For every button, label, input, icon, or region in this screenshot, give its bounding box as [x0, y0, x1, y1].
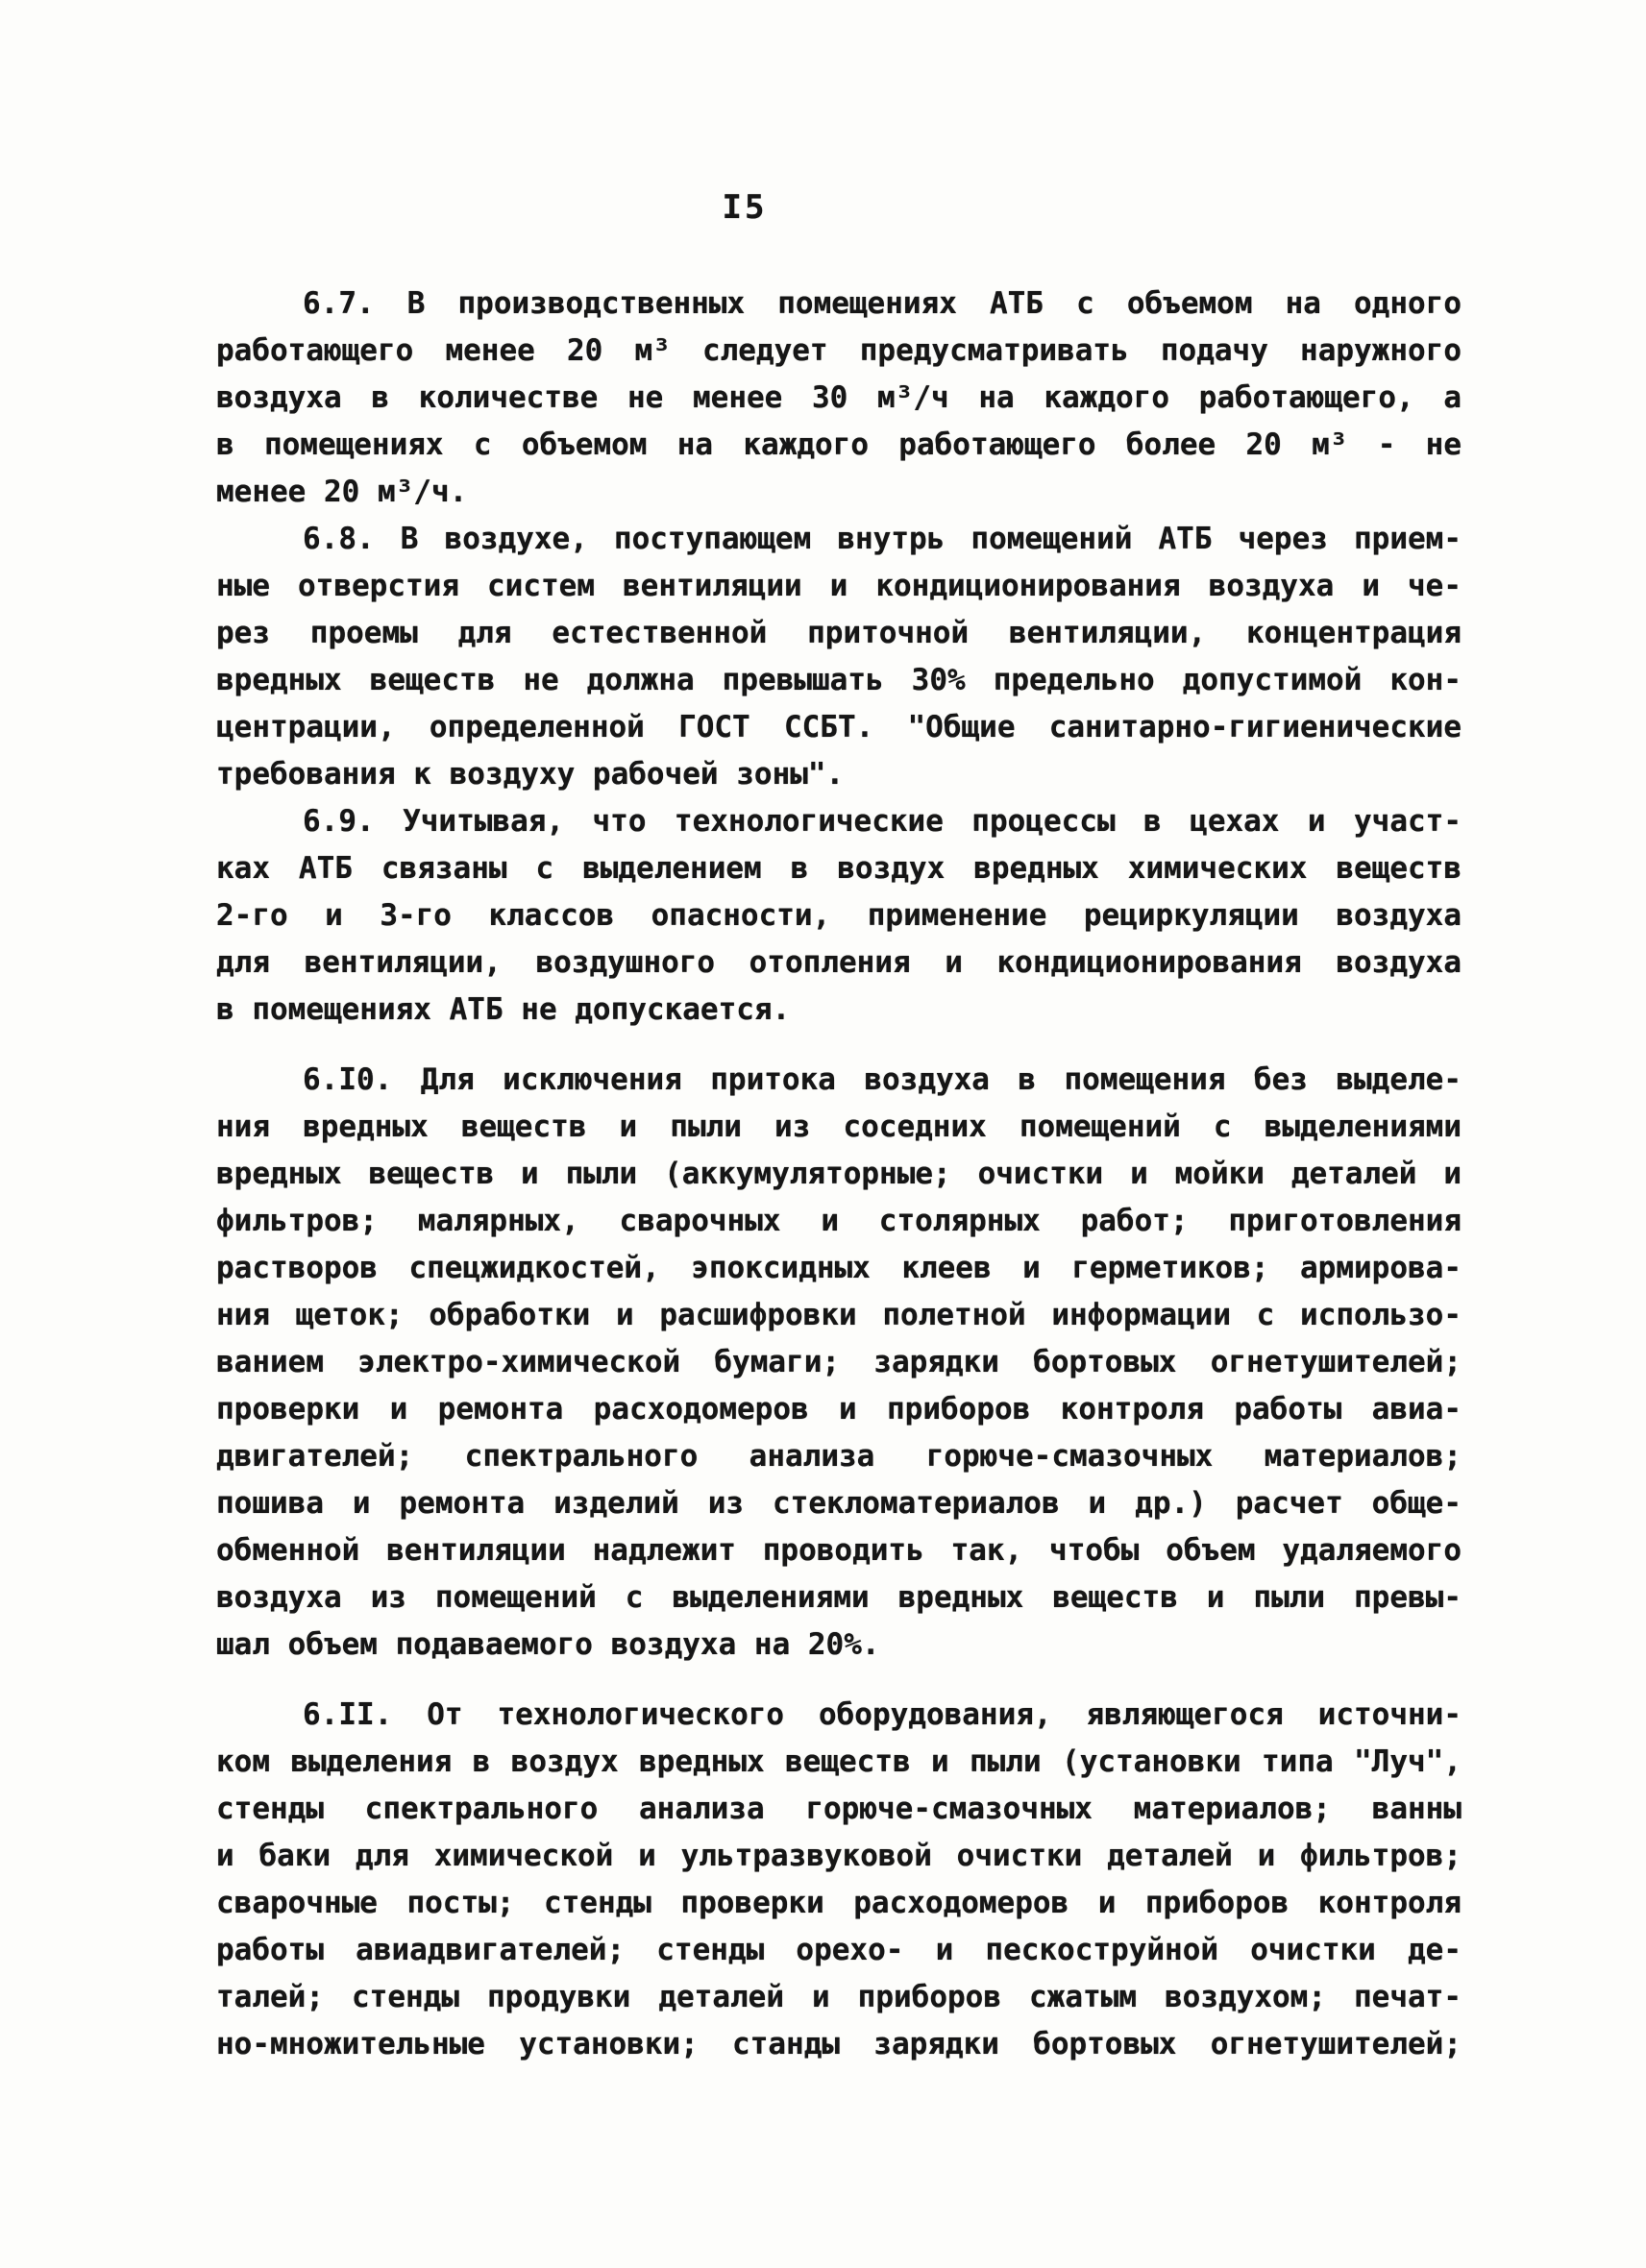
text-line: ния щеток; обработки и расшифровки полет… — [216, 1292, 1462, 1339]
text-line: в помещениях с объемом на каждого работа… — [216, 422, 1462, 469]
text-line: работы авиадвигателей; стенды орехо- и п… — [216, 1927, 1462, 1974]
paragraph-6-11: 6.II. От технологического оборудования, … — [216, 1692, 1462, 2068]
text-line: сварочные посты; стенды проверки расходо… — [216, 1880, 1462, 1927]
text-line: вредных веществ и пыли (аккумуляторные; … — [216, 1151, 1462, 1198]
text-line: фильтров; малярных, сварочных и столярны… — [216, 1198, 1462, 1245]
page-number: I5 — [0, 188, 1489, 227]
text-line: ках АТБ связаны с выделением в воздух вр… — [216, 845, 1462, 892]
text-line: воздуха из помещений с выделениями вредн… — [216, 1574, 1462, 1622]
text-line: ные отверстия систем вентиляции и кондиц… — [216, 563, 1462, 610]
text-line: пошива и ремонта изделий из стекломатери… — [216, 1480, 1462, 1527]
paragraph-6-9: 6.9. Учитывая, что технологические проце… — [216, 798, 1462, 1034]
text-line: 2-го и 3-го классов опасности, применени… — [216, 892, 1462, 939]
paragraph-6-8: 6.8. В воздухе, поступающем внутрь помещ… — [216, 516, 1462, 798]
text-line: вредных веществ не должна превышать 30% … — [216, 657, 1462, 704]
text-line: талей; стенды продувки деталей и приборо… — [216, 1974, 1462, 2021]
text-line: 6.7. В производственных помещениях АТБ с… — [216, 280, 1462, 328]
text-line: рез проемы для естественной приточной ве… — [216, 610, 1462, 657]
text-line: 6.II. От технологического оборудования, … — [216, 1692, 1462, 1739]
paragraph-6-10: 6.I0. Для исключения притока воздуха в п… — [216, 1057, 1462, 1669]
text-line: 6.8. В воздухе, поступающем внутрь помещ… — [216, 516, 1462, 563]
text-line: работающего менее 20 м³ следует предусма… — [216, 328, 1462, 375]
text-line: проверки и ремонта расходомеров и прибор… — [216, 1386, 1462, 1433]
text-line: 6.I0. Для исключения притока воздуха в п… — [216, 1057, 1462, 1104]
text-line: 6.9. Учитывая, что технологические проце… — [216, 798, 1462, 845]
text-line: шал объем подаваемого воздуха на 20%. — [216, 1622, 1462, 1669]
text-line: центрации, определенной ГОСТ ССБТ. "Общи… — [216, 704, 1462, 751]
text-line: в помещениях АТБ не допускается. — [216, 987, 1462, 1034]
text-line: для вентиляции, воздушного отопления и к… — [216, 939, 1462, 987]
text-line: ком выделения в воздух вредных веществ и… — [216, 1739, 1462, 1786]
text-line: ния вредных веществ и пыли из соседних п… — [216, 1104, 1462, 1151]
text-line: но-множительные установки; станды зарядк… — [216, 2021, 1462, 2068]
text-line: ванием электро-химической бумаги; зарядк… — [216, 1339, 1462, 1386]
text-line: воздуха в количестве не менее 30 м³/ч на… — [216, 375, 1462, 422]
text-column: 6.7. В производственных помещениях АТБ с… — [216, 280, 1462, 2068]
document-page: I5 6.7. В производственных помещениях АТ… — [0, 0, 1646, 2268]
text-line: стенды спектрального анализа горюче-смаз… — [216, 1786, 1462, 1833]
text-line: требования к воздуху рабочей зоны". — [216, 751, 1462, 798]
text-line: растворов спецжидкостей, эпоксидных клее… — [216, 1245, 1462, 1292]
text-line: менее 20 м³/ч. — [216, 469, 1462, 516]
text-line: обменной вентиляции надлежит проводить т… — [216, 1527, 1462, 1574]
text-line: и баки для химической и ультразвуковой о… — [216, 1833, 1462, 1880]
paragraph-6-7: 6.7. В производственных помещениях АТБ с… — [216, 280, 1462, 516]
text-line: двигателей; спектрального анализа горюче… — [216, 1433, 1462, 1480]
